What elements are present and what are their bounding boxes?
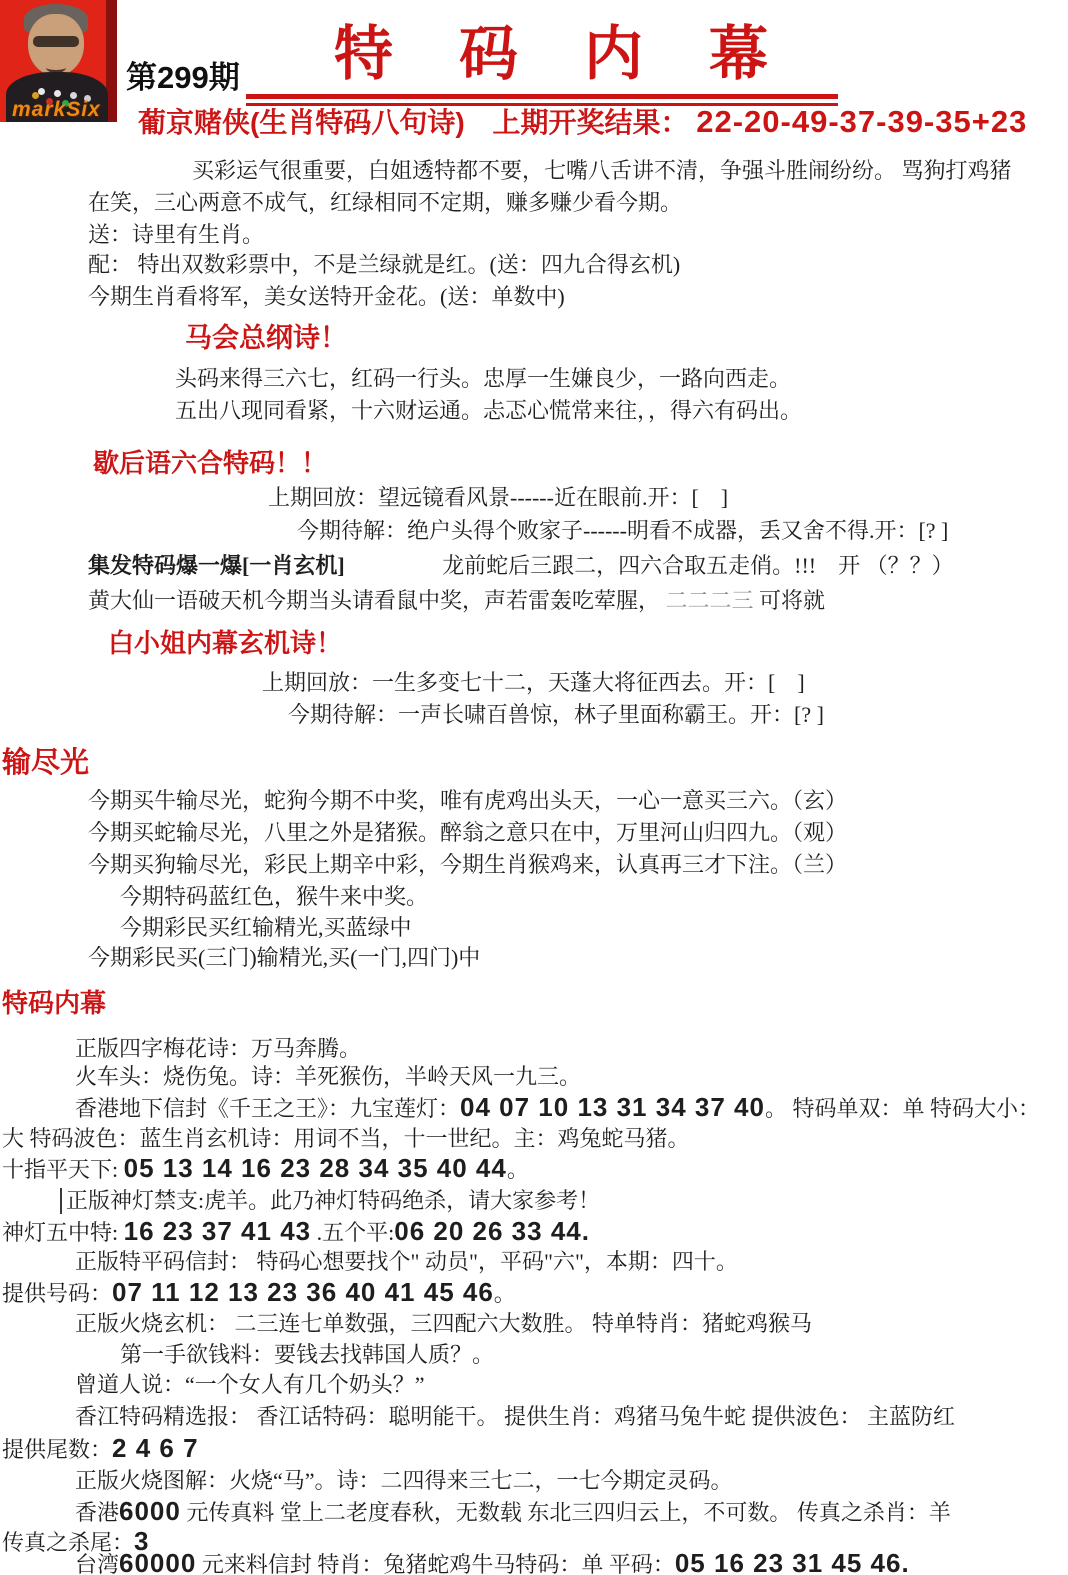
tigong-weishu-numbers: 2 4 6 7 <box>112 1433 199 1463</box>
shujinguang-line-2: 今期买蛇输尽光，八里之外是猪猴。醉翁之意只在中，万里河山归四九。（观） <box>88 820 847 846</box>
huochetou-line: 火车头：烧伤兔。诗：羊死猴伤，半岭天风一九三。 <box>75 1064 581 1090</box>
baixiaojie-last-issue: 上期回放：一生多变七十二，天蓬大将征西去。开：[ ] <box>262 670 805 696</box>
title-underline-top <box>246 94 838 99</box>
shizhi-tail: 。 <box>507 1157 529 1182</box>
shujinguang-line-3: 今期买狗输尽光，彩民上期辛中彩，今期生肖猴鸡来，认真再三才下注。（兰） <box>88 852 847 878</box>
huangdaxian-faint-numbers: 二二二三 <box>666 588 754 613</box>
tigong-haoma-line: 提供号码：07 11 12 13 23 36 40 41 45 46。 <box>2 1279 516 1307</box>
intro-line-5: 今期生肖看将军，美女送特开金花。(送：单数中) <box>88 284 565 310</box>
subtitle-text: 葡京赌侠(生肖特码八句诗) <box>138 107 465 138</box>
intro-line-3: 送：诗里有生肖。 <box>88 222 264 248</box>
huoshao-xuanji-line: 正版火烧玄机： 二三连七单数强，三四配六大数胜。 特单特肖：猪蛇鸡猴马 <box>75 1311 812 1337</box>
shendeng-label: 神灯五中特: <box>2 1220 124 1245</box>
tw-envelope-numbers: 05 16 23 31 45 46. <box>675 1548 910 1575</box>
shujinguang-heading: 输尽光 <box>2 740 89 781</box>
hk-envelope-numbers: 04 07 10 13 31 34 37 40 <box>460 1092 765 1122</box>
tema-neimu-heading: 特码内幕 <box>2 983 106 1020</box>
shizhi-label: 十指平天下: <box>2 1157 124 1182</box>
baixiaojie-current-issue: 今期待解：一声长啸百兽惊，林子里面称霸王。开：[? ] <box>288 702 824 728</box>
hk-fax-text: 元传真料 堂上二老度春秋，无数载 东北三四归云上，不可数。 传真之杀肖：羊 <box>181 1500 951 1525</box>
yuqianliao-line: 第一手欲钱料：要钱去找韩国人质？。 <box>120 1342 494 1368</box>
tw-envelope-amount: 60000 <box>119 1548 196 1575</box>
zengdaoren-line: 曾道人说：“一个女人有几个奶头？” <box>75 1372 425 1398</box>
xiehouyu-tip-line: 集发特码爆一爆[一肖玄机] 龙前蛇后三跟二，四六合取五走俏。!!! 开 （？？） <box>88 553 954 579</box>
xiehouyu-current-issue: 今期待解：绝户头得个败家子------明看不成器，丢又舍不得.开：[? ] <box>297 518 948 544</box>
shendeng-wuzhongte-line: 神灯五中特: 16 23 37 41 43 .五个平:06 20 26 33 4… <box>2 1218 590 1246</box>
shizhi-line: 十指平天下: 05 13 14 16 23 28 34 35 40 44。 <box>2 1155 529 1183</box>
tw-envelope-line: 台湾60000 元来料信封 特肖：兔猪蛇鸡牛马特码：单 平码：05 16 23 … <box>75 1550 910 1575</box>
hk-envelope-label: 香港地下信封《千王之王》：九宝莲灯： <box>75 1096 460 1121</box>
mahui-heading: 马会总纲诗！ <box>185 316 347 355</box>
xiehouyu-heading: 歇后语六合特码！！ <box>93 443 327 480</box>
xiangjiang-line: 香江特码精选报： 香江话特码：聪明能干。 提供生肖：鸡猪马兔牛蛇 提供波色： 主… <box>75 1404 955 1430</box>
tigong-weishu-label: 提供尾数： <box>2 1437 112 1462</box>
shendeng-jinzhi-line: 正版神灯禁支:虎羊。此乃神灯特码绝杀，请大家参考！ <box>60 1188 600 1214</box>
last-draw-numbers: 22-20-49-37-39-35+23 <box>696 104 1027 139</box>
boce-line: 大 特码波色：蓝生肖玄机诗：用词不当，十一世纪。主：鸡兔蛇马猪。 <box>2 1126 690 1152</box>
shendeng-ping-numbers: 06 20 26 33 44. <box>394 1216 590 1246</box>
issue-number: 第299期 <box>126 52 240 97</box>
hk-fax-amount: 6000 <box>119 1496 181 1526</box>
mahui-line-2: 五出八现同看紧，十六财运通。忐忑心慌常来往，，得六有码出。 <box>175 398 802 424</box>
shendeng-numbers: 16 23 37 41 43 <box>124 1216 312 1246</box>
tigong-haoma-numbers: 07 11 12 13 23 36 40 41 45 46 <box>112 1277 494 1307</box>
lottery-tip-sheet: markSix 第299期 特码内幕 葡京赌侠(生肖特码八句诗) 上期开奖结果：… <box>0 0 1068 1575</box>
logo-decor-dots <box>38 88 45 95</box>
shujinguang-line-6: 今期彩民买(三门)输精光,买(一门,四门)中 <box>88 945 480 971</box>
shizhi-numbers: 05 13 14 16 23 28 34 35 40 44 <box>124 1153 507 1183</box>
huangdaxian-text: 黄大仙一语破天机今期当头请看鼠中奖，声若雷轰吃荤腥， <box>88 588 660 613</box>
logo-brand-text: markSix <box>12 98 101 122</box>
tepingma-envelope-line: 正版特平码信封： 特码心想要找个" 动员"，平码"六"，本期：四十。 <box>75 1249 738 1275</box>
huangdaxian-line: 黄大仙一语破天机今期当头请看鼠中奖，声若雷轰吃荤腥， 二二二三 可将就 <box>88 588 825 614</box>
hk-envelope-tail: 。 特码单双：单 特码大小： <box>765 1096 1040 1121</box>
subtitle-row: 葡京赌侠(生肖特码八句诗) 上期开奖结果： 22-20-49-37-39-35+… <box>138 101 1027 141</box>
shujinguang-line-5: 今期彩民买红输精光,买蓝绿中 <box>120 915 412 941</box>
intro-line-2: 在笑，三心两意不成气，红绿相同不定期，赚多赚少看今期。 <box>88 190 682 216</box>
shujinguang-line-4: 今期特码蓝红色，猴牛来中奖。 <box>120 884 428 910</box>
jifa-tema-verse: 龙前蛇后三跟二，四六合取五走俏。!!! 开 （？？） <box>442 553 953 578</box>
mahui-line-1: 头码来得三六七，红码一行头。忠厚一生嫌良少，一路向西走。 <box>175 366 791 392</box>
shujinguang-line-1: 今期买牛输尽光，蛇狗今期不中奖，唯有虎鸡出头天，一心一意买三六。（玄） <box>88 788 847 814</box>
baixiaojie-heading: 白小姐内幕玄机诗！ <box>108 623 342 660</box>
hk-fax-line: 香港6000 元传真料 堂上二老度春秋，无数载 东北三四归云上，不可数。 传真之… <box>75 1498 951 1526</box>
jifa-tema-label: 集发特码爆一爆[一肖玄机] <box>88 553 345 578</box>
marksix-logo: markSix <box>0 0 117 122</box>
tigong-haoma-tail: 。 <box>494 1281 516 1306</box>
tw-envelope-prefix: 台湾 <box>75 1552 119 1575</box>
intro-line-1: 买彩运气很重要，白姐透特都不要，七嘴八舌讲不清，争强斗胜闹纷纷。 骂狗打鸡猪 <box>192 158 1012 184</box>
logo-man-glasses <box>33 36 79 47</box>
hk-fax-prefix: 香港 <box>75 1500 119 1525</box>
tigong-haoma-label: 提供号码： <box>2 1281 112 1306</box>
hk-envelope-line: 香港地下信封《千王之王》：九宝莲灯：04 07 10 13 31 34 37 4… <box>75 1094 1040 1122</box>
tigong-weishu-line: 提供尾数：2 4 6 7 <box>2 1435 199 1463</box>
huoshao-tujie-line: 正版火烧图解：火烧“马”。诗：二四得来三七二，一七今期定灵码。 <box>75 1468 733 1494</box>
tw-envelope-text: 元来料信封 特肖：兔猪蛇鸡牛马特码：单 平码： <box>196 1552 675 1575</box>
intro-line-4: 配： 特出双数彩票中，不是兰绿就是红。(送：四九合得玄机) <box>88 252 680 278</box>
page-title: 特码内幕 <box>334 6 834 91</box>
huangdaxian-tail: 可将就 <box>759 588 825 613</box>
meihua-poem-line: 正版四字梅花诗：万马奔腾。 <box>75 1036 361 1062</box>
xiehouyu-last-issue: 上期回放：望远镜看风景------近在眼前.开：[ ] <box>268 485 728 511</box>
last-draw-label: 上期开奖结果： <box>492 107 688 138</box>
shendeng-mid: .五个平: <box>311 1220 394 1245</box>
